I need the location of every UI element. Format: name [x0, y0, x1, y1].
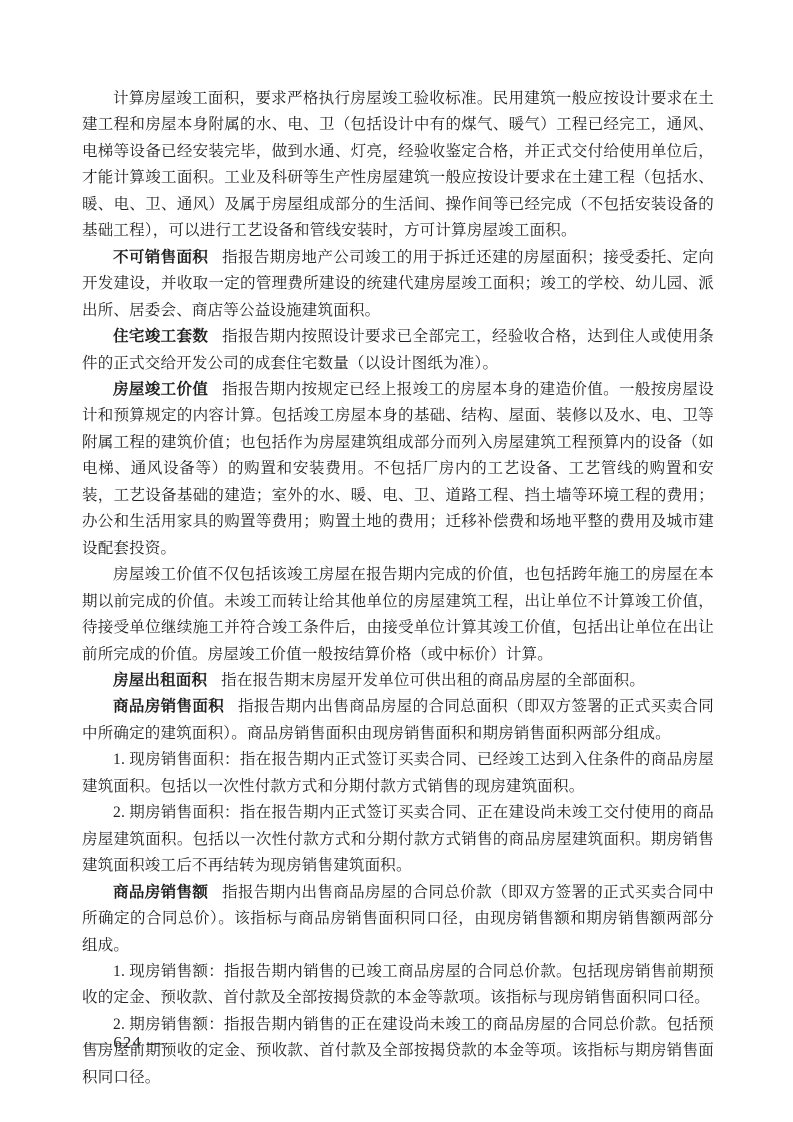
term-label: 商品房销售面积 — [113, 698, 224, 715]
definition-paragraph: 房屋竣工价值指报告期内按规定已经上报竣工的房屋本身的建造价值。一般按房屋设计和预… — [82, 377, 714, 562]
body-paragraph: 1. 现房销售额：指报告期内销售的已竣工商品房屋的合同总价款。包括现房销售前期预… — [82, 959, 714, 1012]
definition-paragraph: 商品房销售面积指报告期内出售商品房屋的合同总面积（即双方签署的正式买卖合同中所确… — [82, 694, 714, 747]
paragraph-text: 2. 期房销售额：指报告期内销售的正在建设尚未竣工的商品房屋的合同总价款。包括预… — [82, 1016, 714, 1086]
body-paragraph: 房屋竣工价值不仅包括该竣工房屋在报告期内完成的价值，也包括跨年施工的房屋在本期以… — [82, 562, 714, 668]
paragraph-text: 1. 现房销售额：指报告期内销售的已竣工商品房屋的合同总价款。包括现房销售前期预… — [82, 963, 714, 1006]
body-paragraph: 2. 期房销售面积：指在报告期内正式签订买卖合同、正在建设尚未竣工交付使用的商品… — [82, 800, 714, 879]
term-label: 商品房销售额 — [113, 884, 208, 901]
text-block: 计算房屋竣工面积，要求严格执行房屋竣工验收标准。民用建筑一般应按设计要求在土建工… — [82, 86, 714, 1091]
definition-paragraph: 商品房销售额指报告期内出售商品房屋的合同总价款（即双方签署的正式买卖合同中所确定… — [82, 880, 714, 959]
page-number: — 624 — — [90, 1033, 165, 1053]
paragraph-text: 计算房屋竣工面积，要求严格执行房屋竣工验收标准。民用建筑一般应按设计要求在土建工… — [82, 90, 714, 239]
body-paragraph: 1. 现房销售面积：指在报告期内正式签订买卖合同、已经竣工达到入住条件的商品房屋… — [82, 747, 714, 800]
paragraph-text: 房屋竣工价值不仅包括该竣工房屋在报告期内完成的价值，也包括跨年施工的房屋在本期以… — [82, 566, 714, 662]
paragraph-text: 指报告期内按规定已经上报竣工的房屋本身的建造价值。一般按房屋设计和预算规定的内容… — [82, 381, 714, 557]
body-paragraph: 2. 期房销售额：指报告期内销售的正在建设尚未竣工的商品房屋的合同总价款。包括预… — [82, 1012, 714, 1091]
definition-paragraph: 不可销售面积指报告期房地产公司竣工的用于拆迁还建的房屋面积；接受委托、定向开发建… — [82, 245, 714, 324]
paragraph-text: 1. 现房销售面积：指在报告期内正式签订买卖合同、已经竣工达到入住条件的商品房屋… — [82, 751, 714, 794]
paragraph-text: 2. 期房销售面积：指在报告期内正式签订买卖合同、正在建设尚未竣工交付使用的商品… — [82, 804, 714, 874]
definition-paragraph: 房屋出租面积指在报告期末房屋开发单位可供出租的商品房屋的全部面积。 — [82, 668, 714, 694]
body-paragraph: 计算房屋竣工面积，要求严格执行房屋竣工验收标准。民用建筑一般应按设计要求在土建工… — [82, 86, 714, 245]
term-label: 房屋出租面积 — [113, 672, 207, 689]
definition-paragraph: 住宅竣工套数指报告期内按照设计要求已全部完工，经验收合格，达到住人或使用条件的正… — [82, 324, 714, 377]
term-label: 不可销售面积 — [113, 249, 208, 266]
paragraph-text: 指在报告期末房屋开发单位可供出租的商品房屋的全部面积。 — [221, 672, 645, 689]
term-label: 住宅竣工套数 — [113, 328, 208, 345]
term-label: 房屋竣工价值 — [113, 381, 208, 398]
document-page: 计算房屋竣工面积，要求严格执行房屋竣工验收标准。民用建筑一般应按设计要求在土建工… — [0, 0, 793, 1122]
